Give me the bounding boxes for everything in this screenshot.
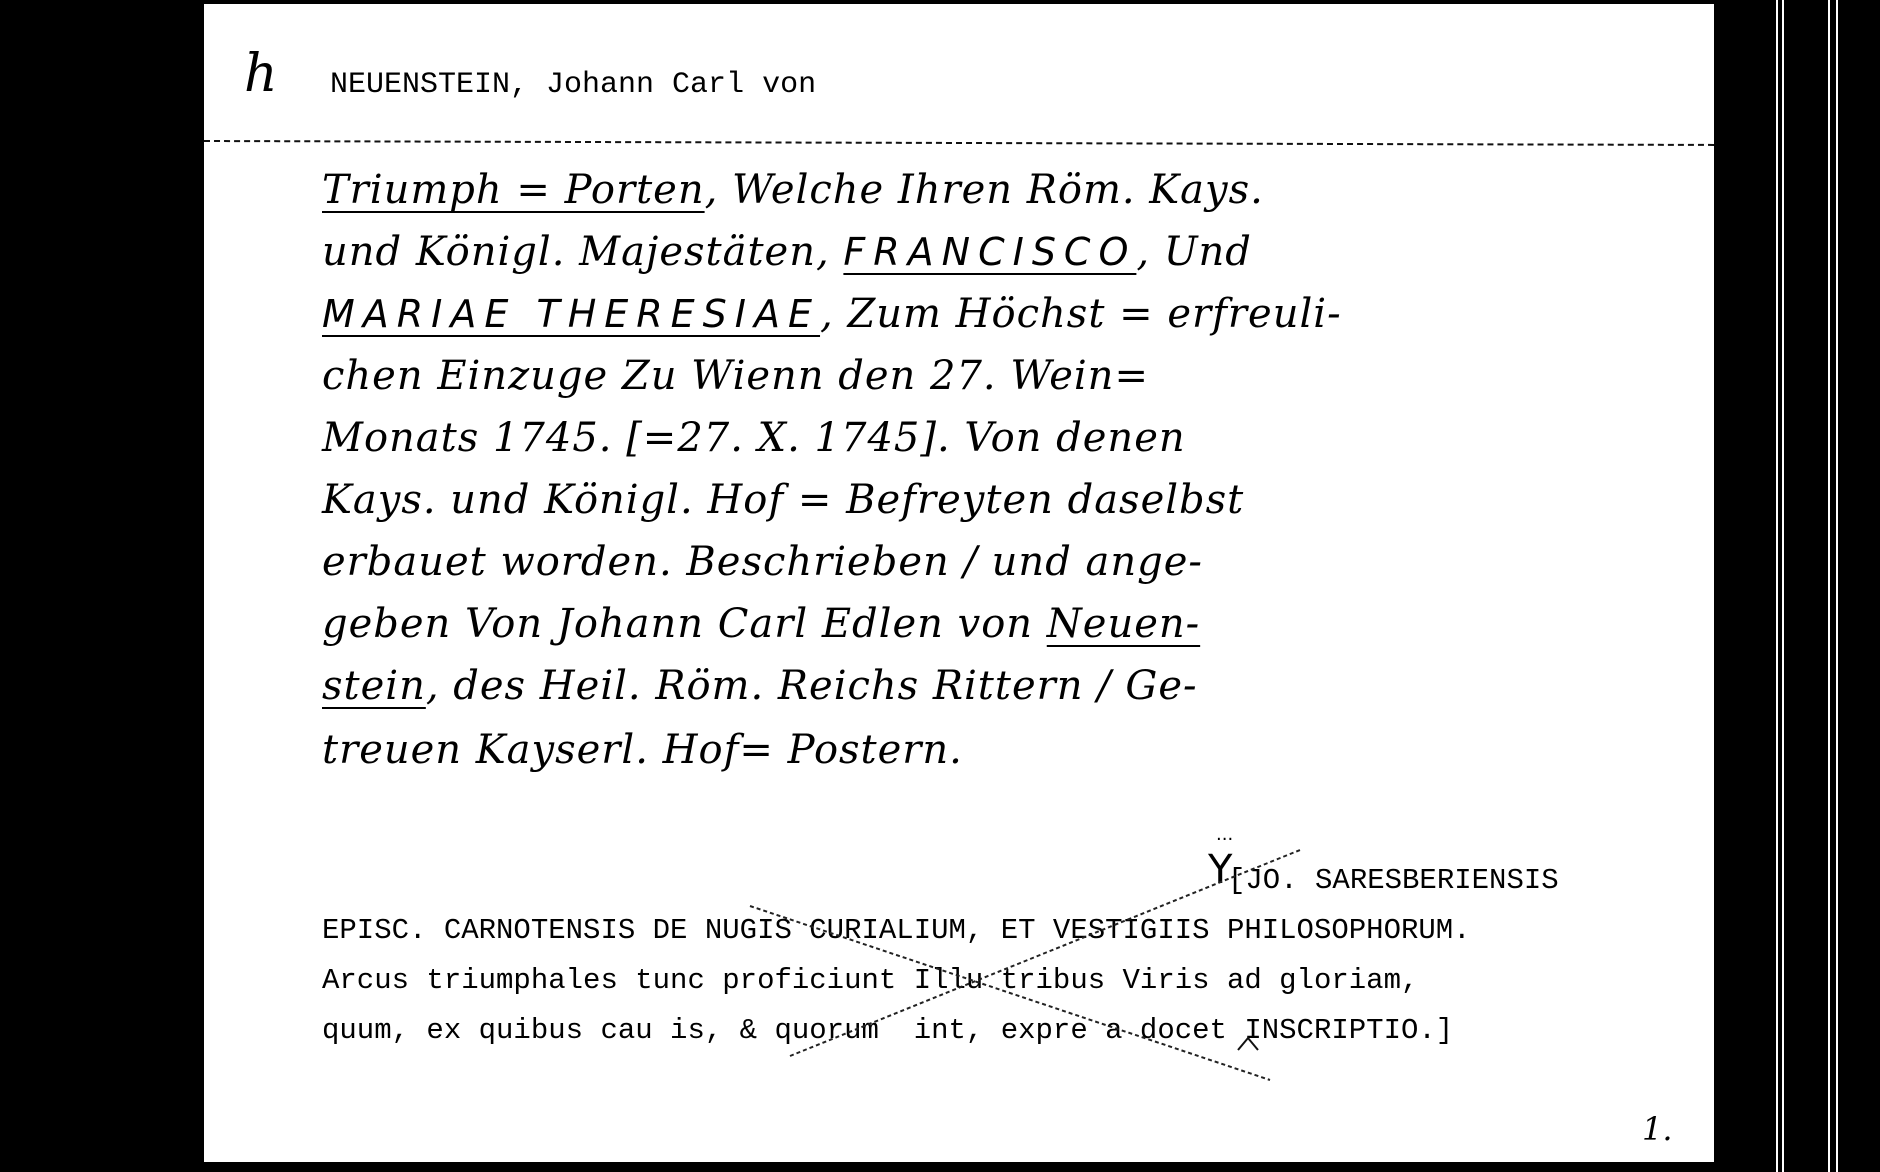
scan-margin-line: [1828, 0, 1830, 1172]
handwritten-segment: erbauet worden. Beschrieben / und ange-: [322, 539, 1203, 585]
scanned-page: h NEUENSTEIN, Johann Carl von Triumph = …: [0, 0, 1880, 1172]
handwritten-mark: h: [244, 48, 278, 100]
scan-margin-line: [1836, 0, 1838, 1172]
insertion-ellipsis: ...: [1216, 826, 1233, 844]
handwritten-line-8: geben Von Johann Carl Edlen von Neuen-: [322, 604, 1200, 644]
handwritten-segment: Monats 1745. [=27. X. 1745]. Von denen: [322, 415, 1186, 461]
handwritten-line-7: erbauet worden. Beschrieben / und ange-: [322, 542, 1203, 582]
handwritten-line-3: MARIAE THERESIAE, Zum Höchst = erfreuli-: [322, 294, 1342, 334]
handwritten-line-5: Monats 1745. [=27. X. 1745]. Von denen: [322, 418, 1186, 458]
typed-line-2: EPISC. CARNOTENSIS DE NUGIS CURIALIUM, E…: [322, 916, 1471, 945]
handwritten-segment: MARIAE THERESIAE: [322, 292, 820, 336]
scan-margin-line: [1776, 0, 1778, 1172]
index-card: h NEUENSTEIN, Johann Carl von Triumph = …: [204, 4, 1714, 1162]
typed-line-4: quum, ex quibus cau is, & quorum int, ex…: [322, 1016, 1453, 1045]
handwritten-line-4: chen Einzuge Zu Wienn den 27. Wein=: [322, 356, 1149, 396]
handwritten-segment: , des Heil. Röm. Reichs Rittern / Ge-: [426, 663, 1198, 709]
handwritten-line-1: Triumph = Porten, Welche Ihren Röm. Kays…: [322, 170, 1264, 210]
handwritten-segment: FRANCISCO: [843, 230, 1136, 274]
handwritten-segment: Triumph = Porten: [322, 167, 705, 213]
handwritten-line-2: und Königl. Majestäten, FRANCISCO, Und: [322, 232, 1252, 272]
card-title: NEUENSTEIN, Johann Carl von: [330, 68, 816, 102]
header-divider: [204, 140, 1714, 146]
typed-line-3: Arcus triumphales tunc proficiunt Illu t…: [322, 966, 1418, 995]
handwritten-segment: chen Einzuge Zu Wienn den 27. Wein=: [322, 353, 1149, 399]
handwritten-segment: , Zum Höchst = erfreuli-: [820, 291, 1342, 337]
handwritten-segment: , Und: [1136, 229, 1252, 275]
handwritten-line-6: Kays. und Königl. Hof = Befreyten daselb…: [322, 480, 1244, 520]
handwritten-segment: treuen Kayserl. Hof= Postern.: [322, 727, 963, 773]
handwritten-segment: , Welche Ihren Röm. Kays.: [705, 167, 1264, 213]
typed-line-1: [JO. SARESBERIENSIS: [1228, 866, 1559, 895]
handwritten-segment: und Königl. Majestäten,: [322, 229, 843, 275]
page-number: 1.: [1642, 1110, 1673, 1148]
scan-margin-line: [1782, 0, 1784, 1172]
handwritten-segment: Kays. und Königl. Hof = Befreyten daselb…: [322, 477, 1244, 523]
handwritten-line-9: stein, des Heil. Röm. Reichs Rittern / G…: [322, 666, 1198, 706]
handwritten-segment: Neuen-: [1047, 601, 1200, 647]
handwritten-line-10: treuen Kayserl. Hof= Postern.: [322, 730, 963, 770]
handwritten-segment: geben Von Johann Carl Edlen von: [322, 601, 1047, 647]
handwritten-segment: stein: [322, 663, 426, 709]
